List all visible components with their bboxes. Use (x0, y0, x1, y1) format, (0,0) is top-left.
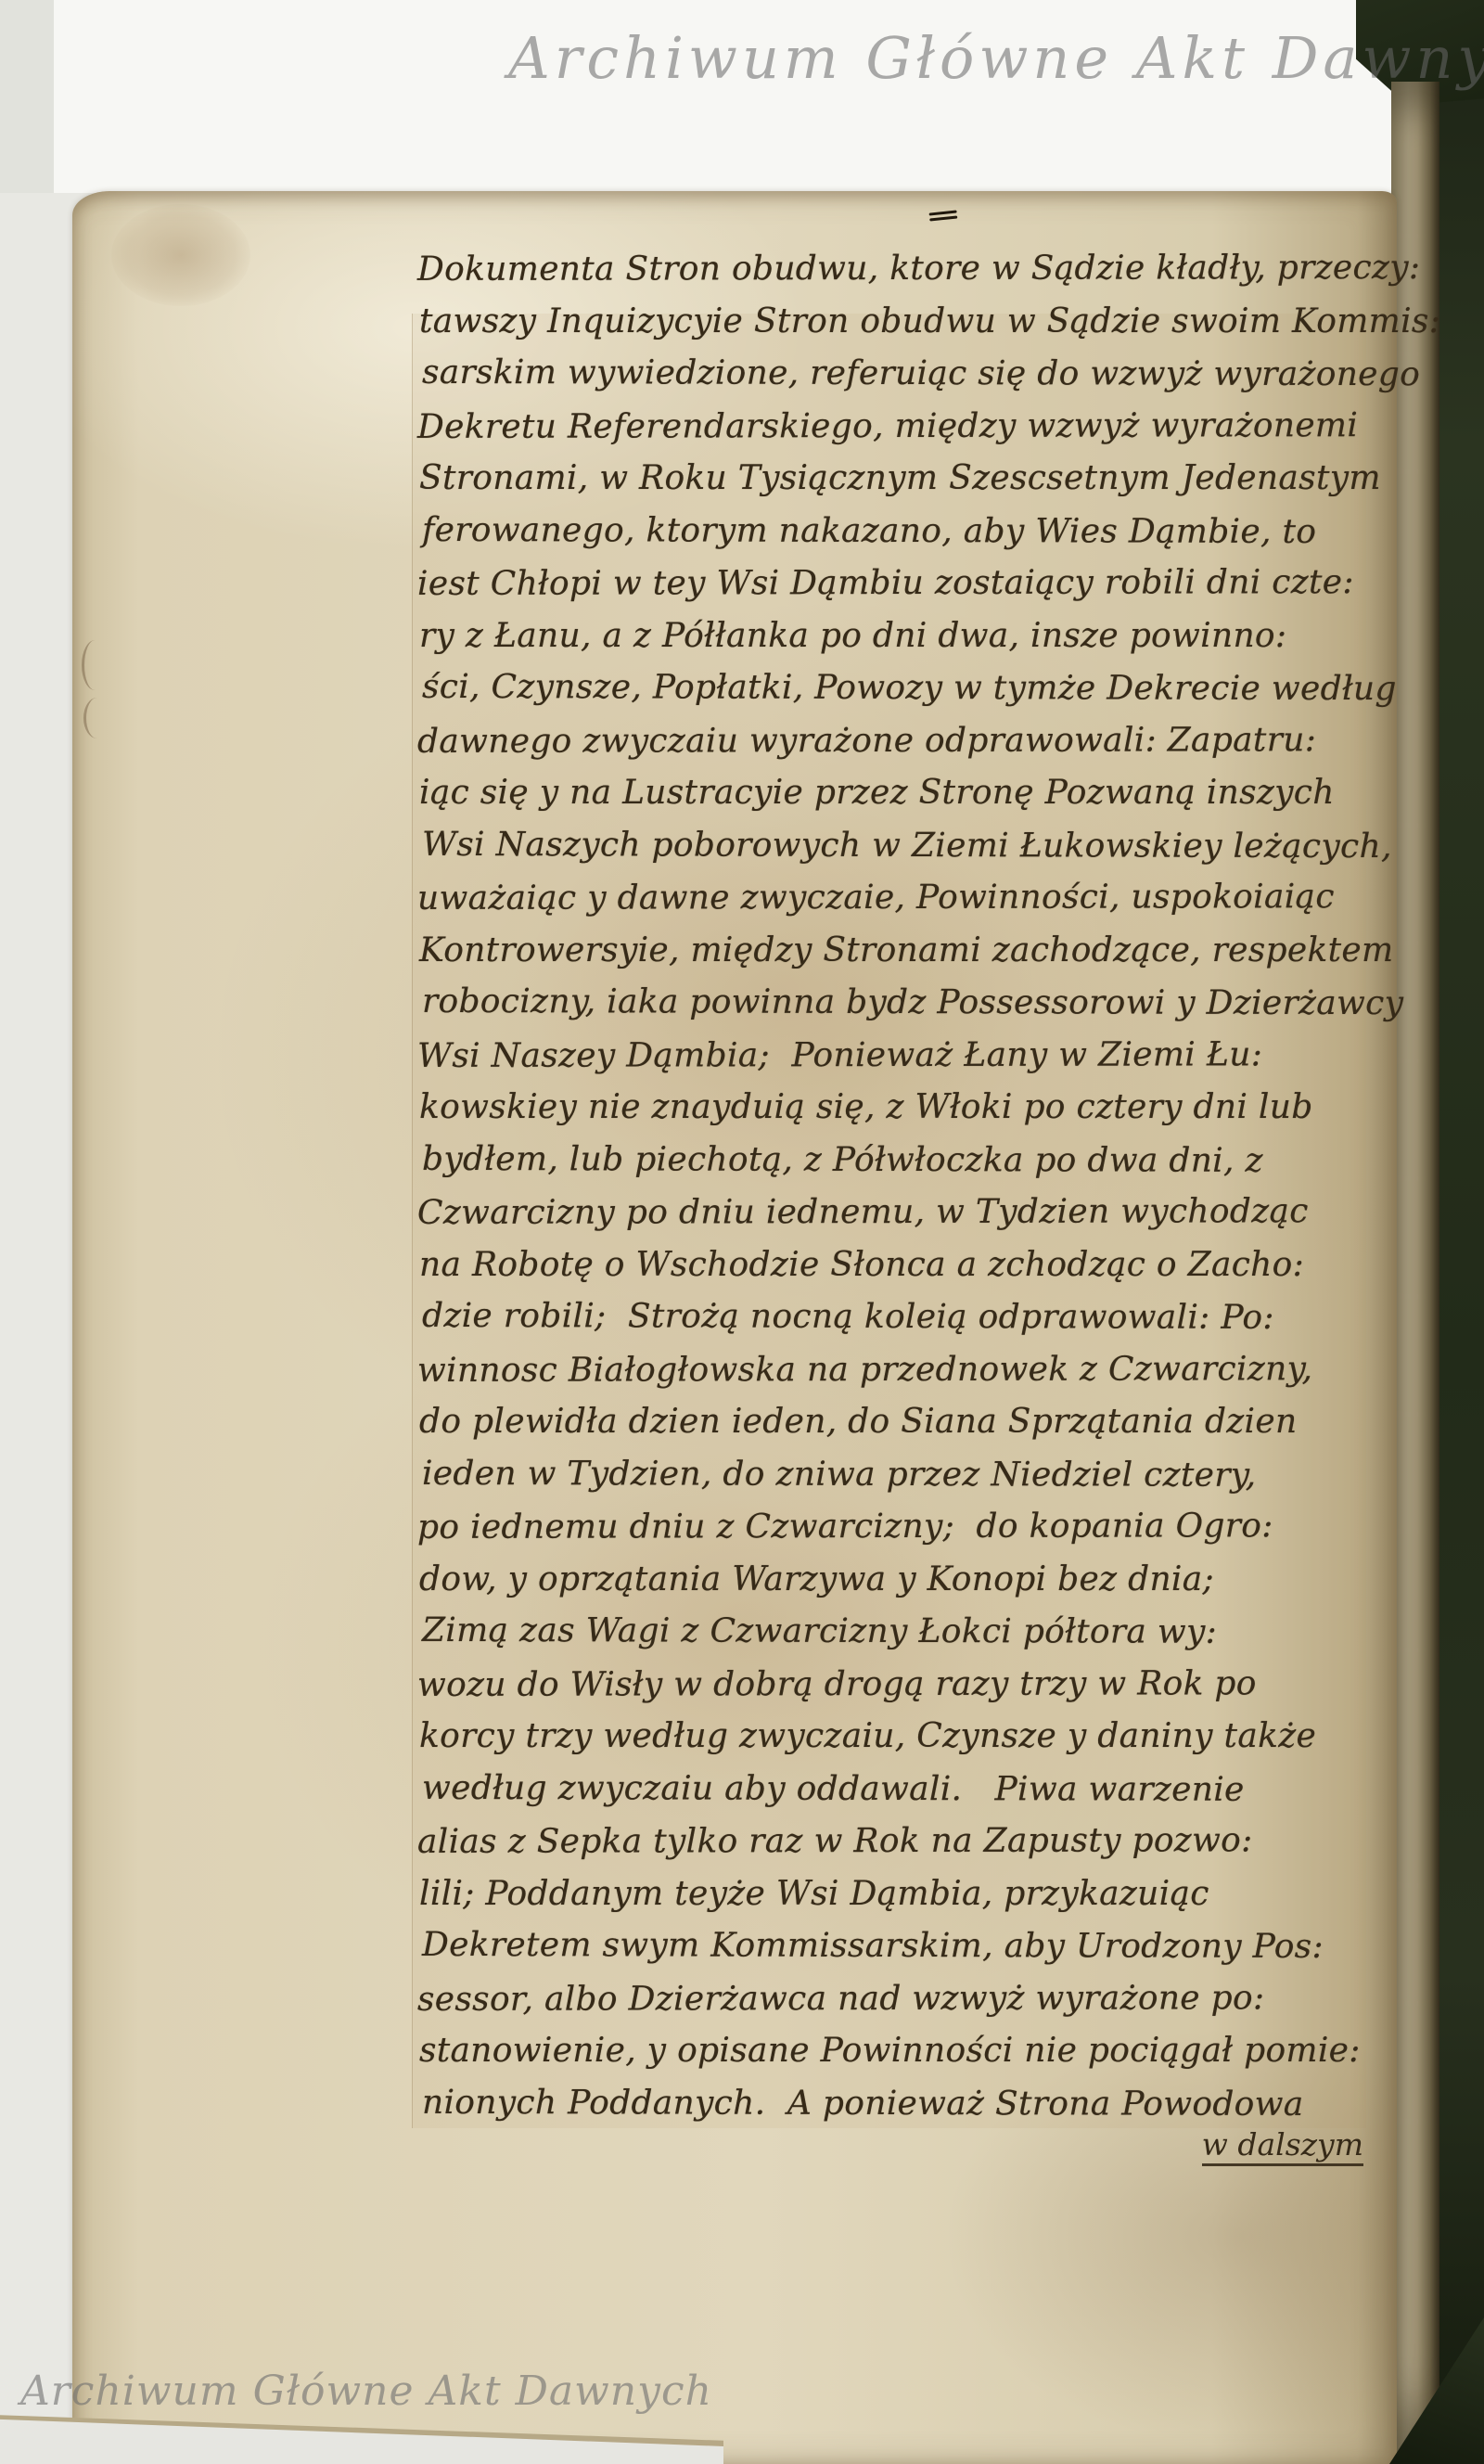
manuscript-line: uważaiąc y dawne zwyczaie, Powinności, u… (417, 871, 1373, 925)
manuscript-line: iąc się y na Lustracyie przez Stronę Poz… (419, 767, 1375, 820)
manuscript-line: winnosc Białogłowska na przednowek z Czw… (417, 1343, 1373, 1397)
manuscript-line: Dekretu Referendarskiego, między wzwyż w… (417, 400, 1373, 454)
manuscript-line: nionych Poddanych. A ponieważ Strona Pow… (422, 2076, 1377, 2131)
catchword-text: w dalszym (1202, 2126, 1363, 2166)
manuscript-line: dzie robili; Strożą nocną koleią odprawo… (422, 1290, 1377, 1345)
manuscript-line: wozu do Wisły w dobrą drogą razy trzy w … (417, 1658, 1373, 1712)
manuscript-line: stanowienie, y opisane Powinności nie po… (419, 2025, 1375, 2078)
manuscript-line: Dokumenta Stron obudwu, ktore w Sądzie k… (417, 242, 1373, 296)
page-edge-fold-mark (82, 640, 109, 690)
text-block: Dokumenta Stron obudwu, ktore w Sądzie k… (419, 243, 1375, 2130)
archive-watermark-bottom: Archiwum Główne Akt Dawnych (20, 2368, 712, 2415)
manuscript-line: Kontrowersyie, między Stronami zachodząc… (419, 925, 1375, 978)
manuscript-line: dow, y oprzątania Warzywa y Konopi bez d… (419, 1554, 1375, 1607)
manuscript-line: ieden w Tydzien, do zniwa przez Niedziel… (422, 1447, 1377, 1502)
manuscript-line: Dekretem swym Kommissarskim, aby Urodzon… (422, 1919, 1377, 1974)
manuscript-line: Stronami, w Roku Tysiącznym Szescsetnym … (419, 453, 1375, 506)
manuscript-line: kowskiey nie znayduią się, z Włoki po cz… (419, 1082, 1375, 1135)
manuscript-line: na Robotę o Wschodzie Słonca a zchodząc … (419, 1239, 1375, 1292)
scanner-left-margin (0, 0, 54, 193)
paper-stain (111, 204, 250, 306)
manuscript-line: sarskim wywiedzione, referuiąc się do wz… (422, 347, 1377, 402)
binding-cover-edge (1439, 0, 1484, 2464)
page-edge-fold-mark (83, 698, 110, 738)
manuscript-line: Wsi Naszey Dąmbia; Ponieważ Łany w Ziemi… (417, 1029, 1373, 1083)
archival-scan: { "watermarks": { "top": "Archiwum Główn… (0, 0, 1484, 2464)
archive-watermark-top: Archiwum Główne Akt Dawnych (508, 24, 1484, 92)
manuscript-line: ści, Czynsze, Popłatki, Powozy w tymże D… (422, 661, 1377, 716)
manuscript-line: lili; Poddanym teyże Wsi Dąmbia, przykaz… (419, 1868, 1375, 1921)
manuscript-line: tawszy Inquizycyie Stron obudwu w Sądzie… (419, 296, 1375, 349)
manuscript-line: ferowanego, ktorym nakazano, aby Wies Dą… (422, 504, 1377, 558)
manuscript-line: iest Chłopi w tey Wsi Dąmbiu zostaiący r… (417, 557, 1373, 610)
manuscript-line: sessor, albo Dzierżawca nad wzwyż wyrażo… (417, 1972, 1373, 2026)
manuscript-line: ry z Łanu, a z Półłanka po dni dwa, insz… (419, 610, 1375, 663)
manuscript-line: Zimą zas Wagi z Czwarcizny Łokci półtora… (422, 1605, 1377, 1660)
manuscript-line: po iednemu dniu z Czwarcizny; do kopania… (417, 1500, 1373, 1554)
manuscript-line: według zwyczaiu aby oddawali. Piwa warze… (422, 1762, 1377, 1816)
manuscript-line: robocizny, iaka powinna bydz Possessorow… (422, 976, 1377, 1031)
manuscript-line: do plewidła dzien ieden, do Siana Sprząt… (419, 1396, 1375, 1449)
page-block-fore-edge (1391, 82, 1439, 2464)
manuscript-line: Wsi Naszych poborowych w Ziemi Łukowskie… (422, 818, 1377, 873)
manuscript-line: bydłem, lub piechotą, z Półwłoczka po dw… (422, 1133, 1377, 1187)
manuscript-line: dawnego zwyczaiu wyrażone odprawowali: Z… (417, 714, 1373, 768)
manuscript-line: korcy trzy według zwyczaiu, Czynsze y da… (419, 1711, 1375, 1764)
manuscript-line: alias z Sepka tylko raz w Rok na Zapusty… (417, 1815, 1373, 1868)
manuscript-line: Czwarcizny po dniu iednemu, w Tydzien wy… (417, 1186, 1373, 1239)
catchword: w dalszym (1150, 2126, 1363, 2162)
